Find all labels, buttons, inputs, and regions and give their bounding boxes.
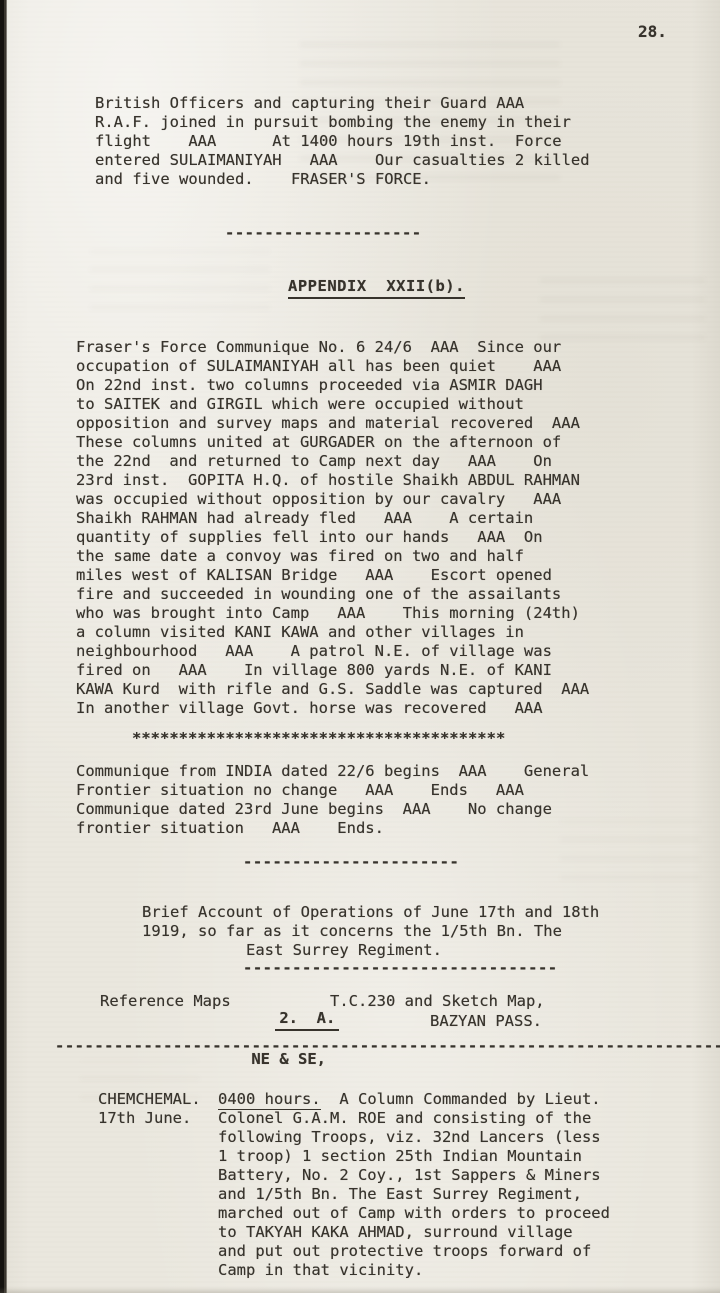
communique6-paragraph: Fraser's Force Communique No. 6 24/6 AAA… xyxy=(76,338,589,718)
brief-account-heading-lines: Brief Account of Operations of June 17th… xyxy=(142,903,599,941)
dashed-separator: ---------------------- xyxy=(243,853,459,872)
reference-maps-detail: T.C.230 and Sketch Map, xyxy=(330,992,545,1011)
dashed-rule-full-width: ----------------------------------------… xyxy=(55,1037,720,1056)
dashed-separator: -------------------------------- xyxy=(243,959,558,978)
appendix-heading-wrap: APPENDIX XXII(b). xyxy=(288,277,465,296)
dashed-separator: -------------------- xyxy=(225,224,422,243)
communique-india-paragraph: Communique from INDIA dated 22/6 begins … xyxy=(76,762,589,838)
page-number: 28. xyxy=(638,22,667,41)
diary-entry-place-date: CHEMCHEMAL. 17th June. xyxy=(98,1090,201,1128)
diary-entry-time: 0400 hours. xyxy=(218,1090,321,1110)
reference-maps-label: Reference Maps xyxy=(100,992,231,1011)
document-page: 28. British Officers and capturing their… xyxy=(0,0,720,1293)
diary-entry-place: CHEMCHEMAL. xyxy=(98,1090,201,1108)
reference-maps-fraction-top: 2. A. xyxy=(275,1009,339,1031)
brief-account-heading-line3: East Surrey Regiment. xyxy=(246,941,442,960)
telegram-top-paragraph: British Officers and capturing their Gua… xyxy=(95,94,590,189)
bleed-through-artifact xyxy=(540,265,705,340)
appendix-heading: APPENDIX XXII(b). xyxy=(288,277,465,299)
scan-edge-strip xyxy=(0,0,7,1293)
diary-entry-first-line: 0400 hours. A Column Commanded by Lieut. xyxy=(218,1090,601,1109)
scan-bottom-shade xyxy=(0,1287,720,1293)
reference-maps-detail-2: BAZYAN PASS. xyxy=(430,1012,542,1031)
asterisk-separator: **************************************** xyxy=(132,729,505,748)
diary-entry-date: 17th June. xyxy=(98,1109,191,1127)
bleed-through-artifact xyxy=(90,250,270,310)
diary-entry-first-line-rest: A Column Commanded by Lieut. xyxy=(321,1090,601,1108)
diary-entry-body: Colonel G.A.M. ROE and consisting of the… xyxy=(218,1109,610,1280)
